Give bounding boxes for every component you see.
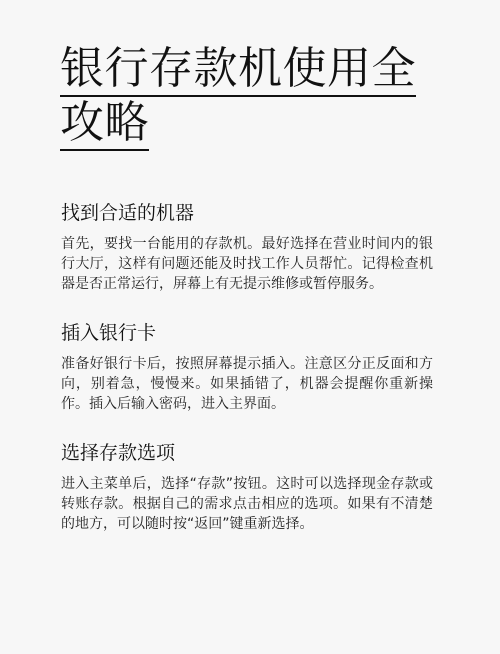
title-line-2: 攻略 (60, 97, 149, 151)
section-body: 首先，要找一台能用的存款机。最好选择在营业时间内的银行大厅，这样有问题还能及时找… (61, 234, 433, 294)
section-heading: 插入银行卡 (61, 320, 433, 346)
section-insert-card: 插入银行卡 准备好银行卡后，按照屏幕提示插入。注意区分正反面和方向，别着急，慢慢… (61, 320, 433, 414)
section-body: 准备好银行卡后，按照屏幕提示插入。注意区分正反面和方向，别着急，慢慢来。如果插错… (61, 354, 433, 414)
section-body: 进入主菜单后，选择“存款”按钮。这时可以选择现金存款或转账存款。根据自己的需求点… (61, 474, 433, 534)
section-heading: 选择存款选项 (61, 440, 433, 466)
title-line-1: 银行存款机使用全 (60, 43, 416, 97)
section-heading: 找到合适的机器 (61, 200, 433, 226)
article-page: 银行存款机使用全 攻略 找到合适的机器 首先，要找一台能用的存款机。最好选择在营… (0, 0, 500, 654)
section-choose-deposit-option: 选择存款选项 进入主菜单后，选择“存款”按钮。这时可以选择现金存款或转账存款。根… (61, 440, 433, 534)
page-title: 银行存款机使用全 攻略 (60, 42, 432, 150)
section-find-machine: 找到合适的机器 首先，要找一台能用的存款机。最好选择在营业时间内的银行大厅，这样… (61, 200, 433, 294)
